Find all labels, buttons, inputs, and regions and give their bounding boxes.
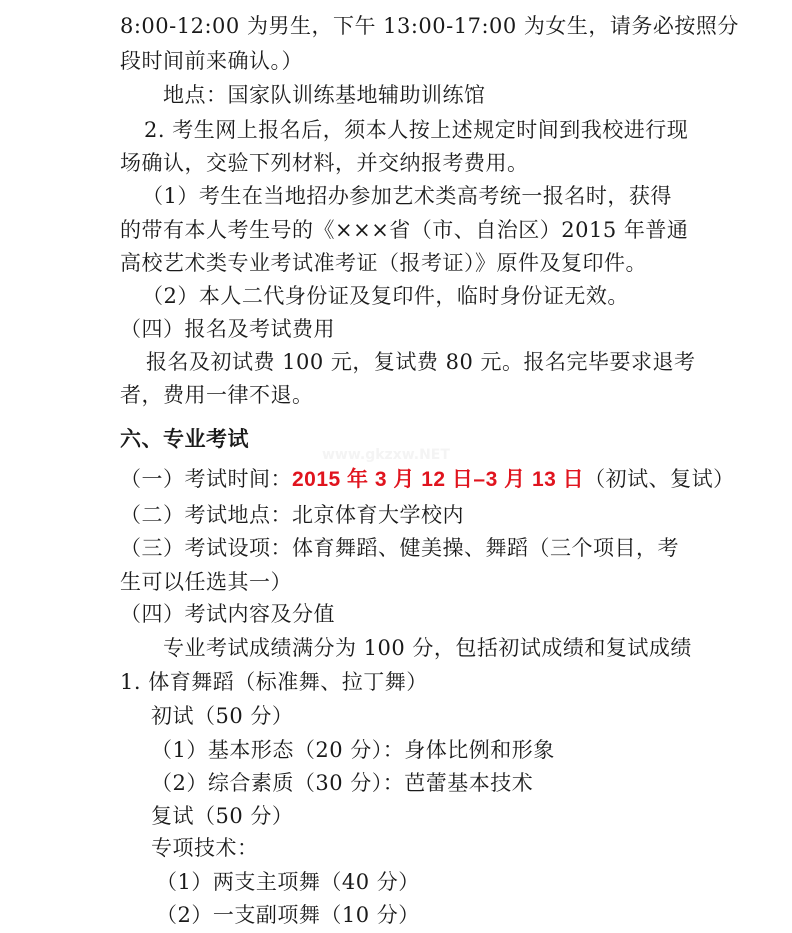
text-line-sub-1: （1）考生在当地招办参加艺术类高考统一报名时，获得: [142, 179, 672, 213]
section-fees-title: （四）报名及考试费用: [120, 312, 335, 346]
exam-time-line: （一）考试时间：2015 年 3 月 12 日–3 月 13 日（初试、复试）: [120, 462, 735, 496]
exam-items-line-cont: 生可以任选其一）: [120, 565, 292, 599]
preliminary-title: 初试（50 分）: [151, 699, 293, 733]
exam-score-description: 专业考试成绩满分为 100 分，包括初试成绩和复试成绩: [163, 631, 692, 665]
retest-title: 复试（50 分）: [151, 799, 293, 833]
exam-time-label: （一）考试时间：: [120, 467, 292, 491]
specialty-skill-title: 专项技术：: [151, 831, 259, 865]
watermark: www.gkzxw.NET: [322, 447, 450, 463]
exam-time-suffix: （初试、复试）: [584, 467, 735, 491]
retest-item-2: （2）一支副项舞（10 分）: [156, 898, 420, 932]
text-line-item-2: 2. 考生网上报名后，须本人按上述规定时间到我校进行现: [144, 113, 688, 147]
exam-items-line: （三）考试设项：体育舞蹈、健美操、舞蹈（三个项目，考: [120, 531, 679, 565]
preliminary-item-1: （1）基本形态（20 分）：身体比例和形象: [151, 733, 555, 767]
text-line-location: 地点：国家队训练基地辅助训练馆: [163, 78, 486, 112]
preliminary-item-2: （2）综合素质（30 分）：芭蕾基本技术: [151, 766, 533, 800]
sport-dance-title: 1. 体育舞蹈（标准舞、拉丁舞）: [120, 665, 428, 699]
text-line-time-schedule: 8:00-12:00 为男生，下午 13:00-17:00 为女生，请务必按照分: [120, 9, 739, 43]
text-line-sub-1-cont: 的带有本人考生号的《×××省（市、自治区）2015 年普通: [120, 213, 688, 247]
text-line-time-schedule-cont: 段时间前来确认。）: [120, 44, 303, 78]
text-line-fees-cont: 者，费用一律不退。: [120, 378, 314, 412]
exam-location-line: （二）考试地点：北京体育大学校内: [120, 498, 464, 532]
section-heading: 六、专业考试: [120, 422, 249, 456]
exam-content-title: （四）考试内容及分值: [120, 597, 335, 631]
text-line-sub-1-cont2: 高校艺术类专业考试准考证（报考证）》原件及复印件。: [120, 246, 647, 280]
text-line-fees: 报名及初试费 100 元，复试费 80 元。报名完毕要求退考: [146, 345, 696, 379]
text-line-sub-2: （2）本人二代身份证及复印件，临时身份证无效。: [142, 279, 629, 313]
text-line-item-2-cont: 场确认，交验下列材料，并交纳报考费用。: [120, 146, 529, 180]
retest-item-1: （1）两支主项舞（40 分）: [156, 865, 420, 899]
exam-date-range: 2015 年 3 月 12 日–3 月 13 日: [292, 468, 584, 491]
